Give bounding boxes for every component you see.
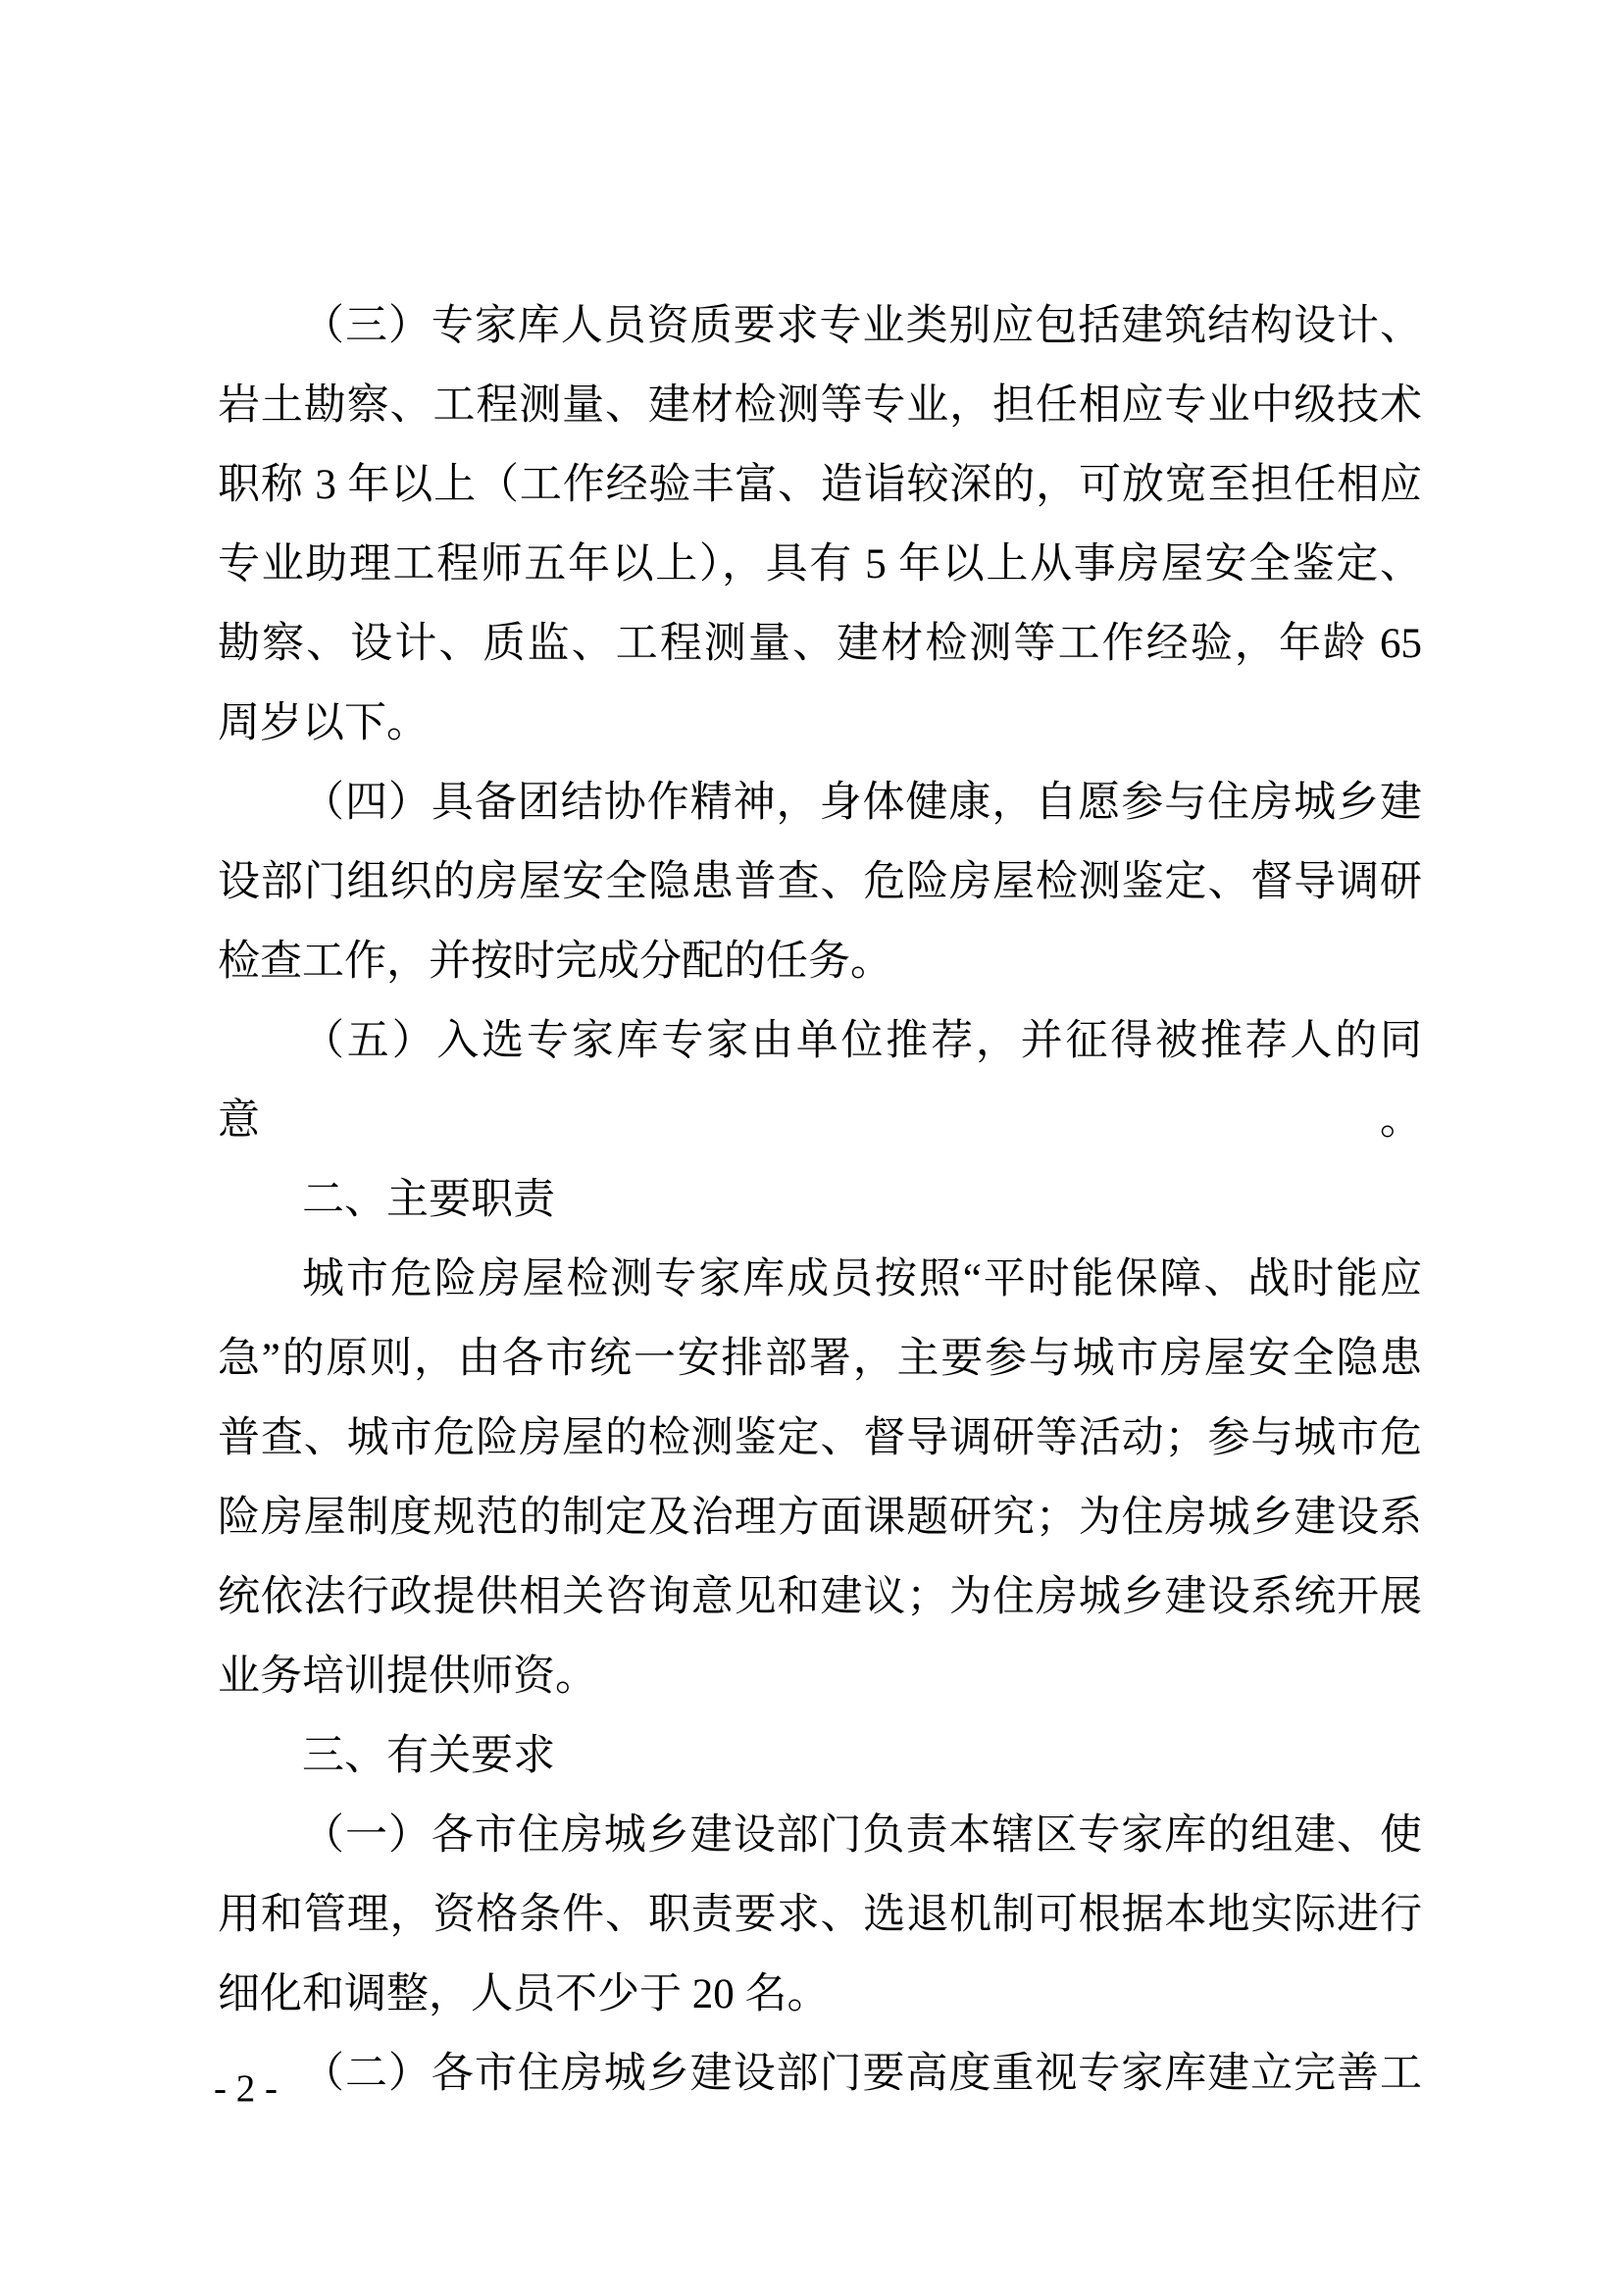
text-line: 业务培训提供师资。 xyxy=(218,1637,1422,1716)
text-line: （一）各市住房城乡建设部门负责本辖区专家库的组建、使 xyxy=(218,1796,1422,1875)
text-line: 普查、城市危险房屋的检测鉴定、督导调研等活动；参与城市危 xyxy=(218,1399,1422,1478)
text-line: 用和管理，资格条件、职责要求、选退机制可根据本地实际进行 xyxy=(218,1875,1422,1955)
text-line: 岩土勘察、工程测量、建材检测等专业，担任相应专业中级技术 xyxy=(218,366,1422,445)
text-line: （三）专家库人员资质要求专业类别应包括建筑结构设计、 xyxy=(218,286,1422,366)
text-line: 勘察、设计、质监、工程测量、建材检测等工作经验，年龄 65 xyxy=(218,604,1422,684)
text-line: 周岁以下。 xyxy=(218,684,1422,763)
document-page: （三）专家库人员资质要求专业类别应包括建筑结构设计、 岩土勘察、工程测量、建材检… xyxy=(0,0,1624,2294)
text-line: （二）各市住房城乡建设部门要高度重视专家库建立完善工 xyxy=(218,2034,1422,2114)
text-line: 统依法行政提供相关咨询意见和建议；为住房城乡建设系统开展 xyxy=(218,1557,1422,1637)
text-line: 险房屋制度规范的制定及治理方面课题研究；为住房城乡建设系 xyxy=(218,1478,1422,1557)
text-line: 检查工作，并按时完成分配的任务。 xyxy=(218,922,1422,1001)
body-text: （三）专家库人员资质要求专业类别应包括建筑结构设计、 岩土勘察、工程测量、建材检… xyxy=(218,286,1422,2114)
section-heading-2: 二、主要职责 xyxy=(218,1160,1422,1240)
section-heading-3: 三、有关要求 xyxy=(218,1716,1422,1796)
text-line: 专业助理工程师五年以上），具有 5 年以上从事房屋安全鉴定、 xyxy=(218,525,1422,604)
text-line: 城市危险房屋检测专家库成员按照“平时能保障、战时能应 xyxy=(218,1240,1422,1319)
text-line: 设部门组织的房屋安全隐患普查、危险房屋检测鉴定、督导调研 xyxy=(218,842,1422,922)
text-line: （四）具备团结协作精神，身体健康，自愿参与住房城乡建 xyxy=(218,763,1422,842)
page-number: - 2 - xyxy=(214,2065,278,2113)
text-line: （五）入选专家库专家由单位推荐，并征得被推荐人的同意。 xyxy=(218,1001,1422,1160)
text-line: 职称 3 年以上（工作经验丰富、造诣较深的，可放宽至担任相应 xyxy=(218,445,1422,525)
text-line: 细化和调整，人员不少于 20 名。 xyxy=(218,1955,1422,2034)
text-line: 急”的原则，由各市统一安排部署，主要参与城市房屋安全隐患 xyxy=(218,1319,1422,1399)
